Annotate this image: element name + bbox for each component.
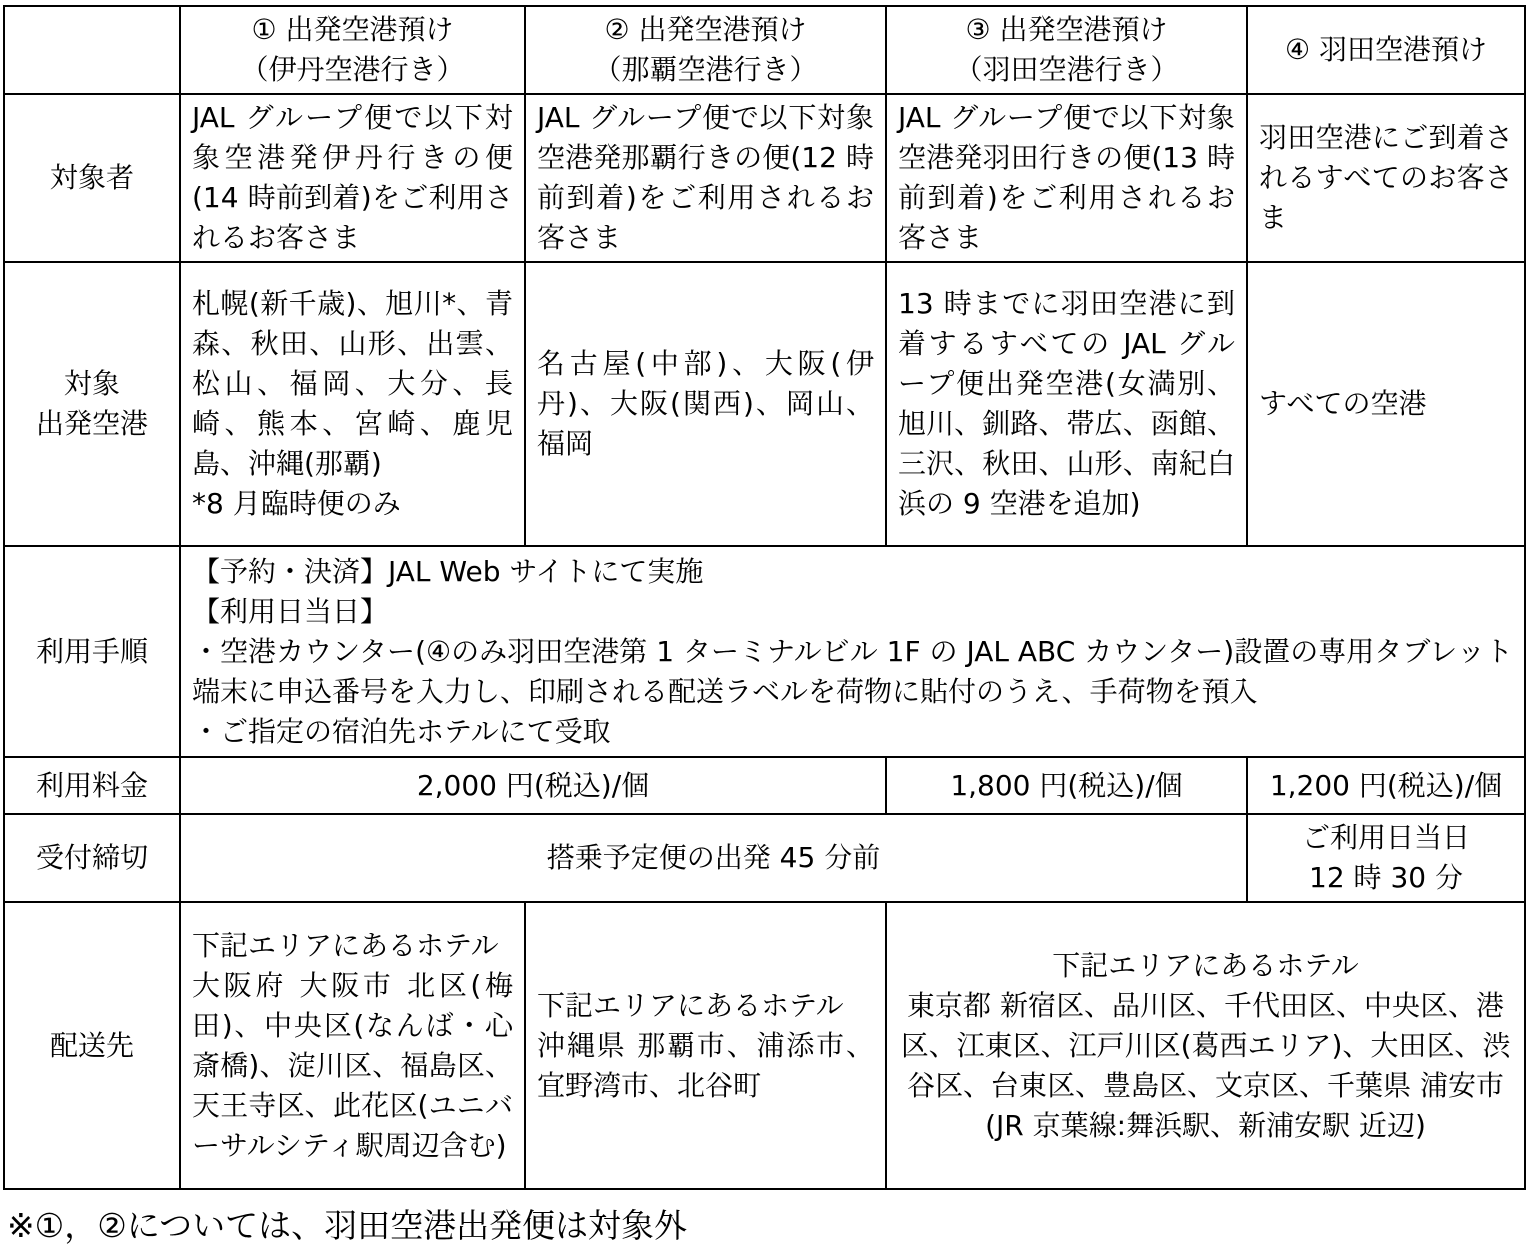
cell-fee-col4: 1,200 円(税込)/個 (1247, 757, 1525, 814)
table-row-deadline: 受付締切 搭乗予定便の出発 45 分前 ご利用日当日 12 時 30 分 (4, 814, 1525, 902)
table-header-row: ① 出発空港預け （伊丹空港行き） ② 出発空港預け （那覇空港行き） ③ 出発… (4, 6, 1525, 94)
column-header-2-title: ② 出発空港預け (530, 10, 881, 50)
row-label-departure-airports: 対象 出発空港 (4, 262, 180, 546)
cell-target-customers-col3: JAL グループ便で以下対象空港発羽田行きの便(13 時前到着)をご利用されるお… (886, 94, 1247, 262)
document-page: ① 出発空港預け （伊丹空港行き） ② 出発空港預け （那覇空港行き） ③ 出発… (0, 0, 1527, 1244)
row-label-fee: 利用料金 (4, 757, 180, 814)
row-label-procedure: 利用手順 (4, 546, 180, 757)
cell-delivery-col1: 下記エリアにあるホテル 大阪府 大阪市 北区(梅田)、中央区(なんば・心斎橋)、… (180, 902, 525, 1189)
baggage-service-table: ① 出発空港預け （伊丹空港行き） ② 出発空港預け （那覇空港行き） ③ 出発… (3, 5, 1526, 1190)
column-header-2-subtitle: （那覇空港行き） (530, 50, 881, 90)
cell-fee-col3: 1,800 円(税込)/個 (886, 757, 1247, 814)
table-row-procedure: 利用手順 【予約・決済】JAL Web サイトにて実施 【利用日当日】 ・空港カ… (4, 546, 1525, 757)
cell-departure-airports-col3: 13 時までに羽田空港に到着するすべての JAL グループ便出発空港(女満別、旭… (886, 262, 1247, 546)
column-header-1-subtitle: （伊丹空港行き） (185, 50, 520, 90)
corner-cell (4, 6, 180, 94)
cell-target-customers-col1: JAL グループ便で以下対象空港発伊丹行きの便(14 時前到着)をご利用されるお… (180, 94, 525, 262)
cell-delivery-col2: 下記エリアにあるホテル 沖縄県 那覇市、浦添市、宜野湾市、北谷町 (525, 902, 886, 1189)
column-header-1: ① 出発空港預け （伊丹空港行き） (180, 6, 525, 94)
column-header-2: ② 出発空港預け （那覇空港行き） (525, 6, 886, 94)
table-row-departure-airports: 対象 出発空港 札幌(新千歳)、旭川*、青森、秋田、山形、出雲、松山、福岡、大分… (4, 262, 1525, 546)
cell-fee-col1-2: 2,000 円(税込)/個 (180, 757, 886, 814)
row-label-delivery: 配送先 (4, 902, 180, 1189)
cell-departure-airports-col4: すべての空港 (1247, 262, 1525, 546)
column-header-4: ④ 羽田空港預け (1247, 6, 1525, 94)
table-row-fee: 利用料金 2,000 円(税込)/個 1,800 円(税込)/個 1,200 円… (4, 757, 1525, 814)
cell-target-customers-col2: JAL グループ便で以下対象空港発那覇行きの便(12 時前到着)をご利用されるお… (525, 94, 886, 262)
column-header-1-title: ① 出発空港預け (185, 10, 520, 50)
cell-target-customers-col4: 羽田空港にご到着されるすべてのお客さま (1247, 94, 1525, 262)
footnote: ※①，②については、羽田空港出発便は対象外 (7, 1204, 1525, 1244)
row-label-target-customers: 対象者 (4, 94, 180, 262)
cell-departure-airports-col1: 札幌(新千歳)、旭川*、青森、秋田、山形、出雲、松山、福岡、大分、長崎、熊本、宮… (180, 262, 525, 546)
column-header-3-subtitle: （羽田空港行き） (891, 50, 1242, 90)
cell-deadline-col4: ご利用日当日 12 時 30 分 (1247, 814, 1525, 902)
column-header-4-title: ④ 羽田空港預け (1252, 30, 1520, 70)
column-header-3: ③ 出発空港預け （羽田空港行き） (886, 6, 1247, 94)
cell-deadline-col1-3: 搭乗予定便の出発 45 分前 (180, 814, 1247, 902)
row-label-deadline: 受付締切 (4, 814, 180, 902)
cell-departure-airports-col2: 名古屋(中部)、大阪(伊丹)、大阪(関西)、岡山、福岡 (525, 262, 886, 546)
table-row-target-customers: 対象者 JAL グループ便で以下対象空港発伊丹行きの便(14 時前到着)をご利用… (4, 94, 1525, 262)
cell-delivery-col3-4: 下記エリアにあるホテル 東京都 新宿区、品川区、千代田区、中央区、港区、江東区、… (886, 902, 1525, 1189)
cell-procedure-content: 【予約・決済】JAL Web サイトにて実施 【利用日当日】 ・空港カウンター(… (180, 546, 1525, 757)
column-header-3-title: ③ 出発空港預け (891, 10, 1242, 50)
table-row-delivery: 配送先 下記エリアにあるホテル 大阪府 大阪市 北区(梅田)、中央区(なんば・心… (4, 902, 1525, 1189)
